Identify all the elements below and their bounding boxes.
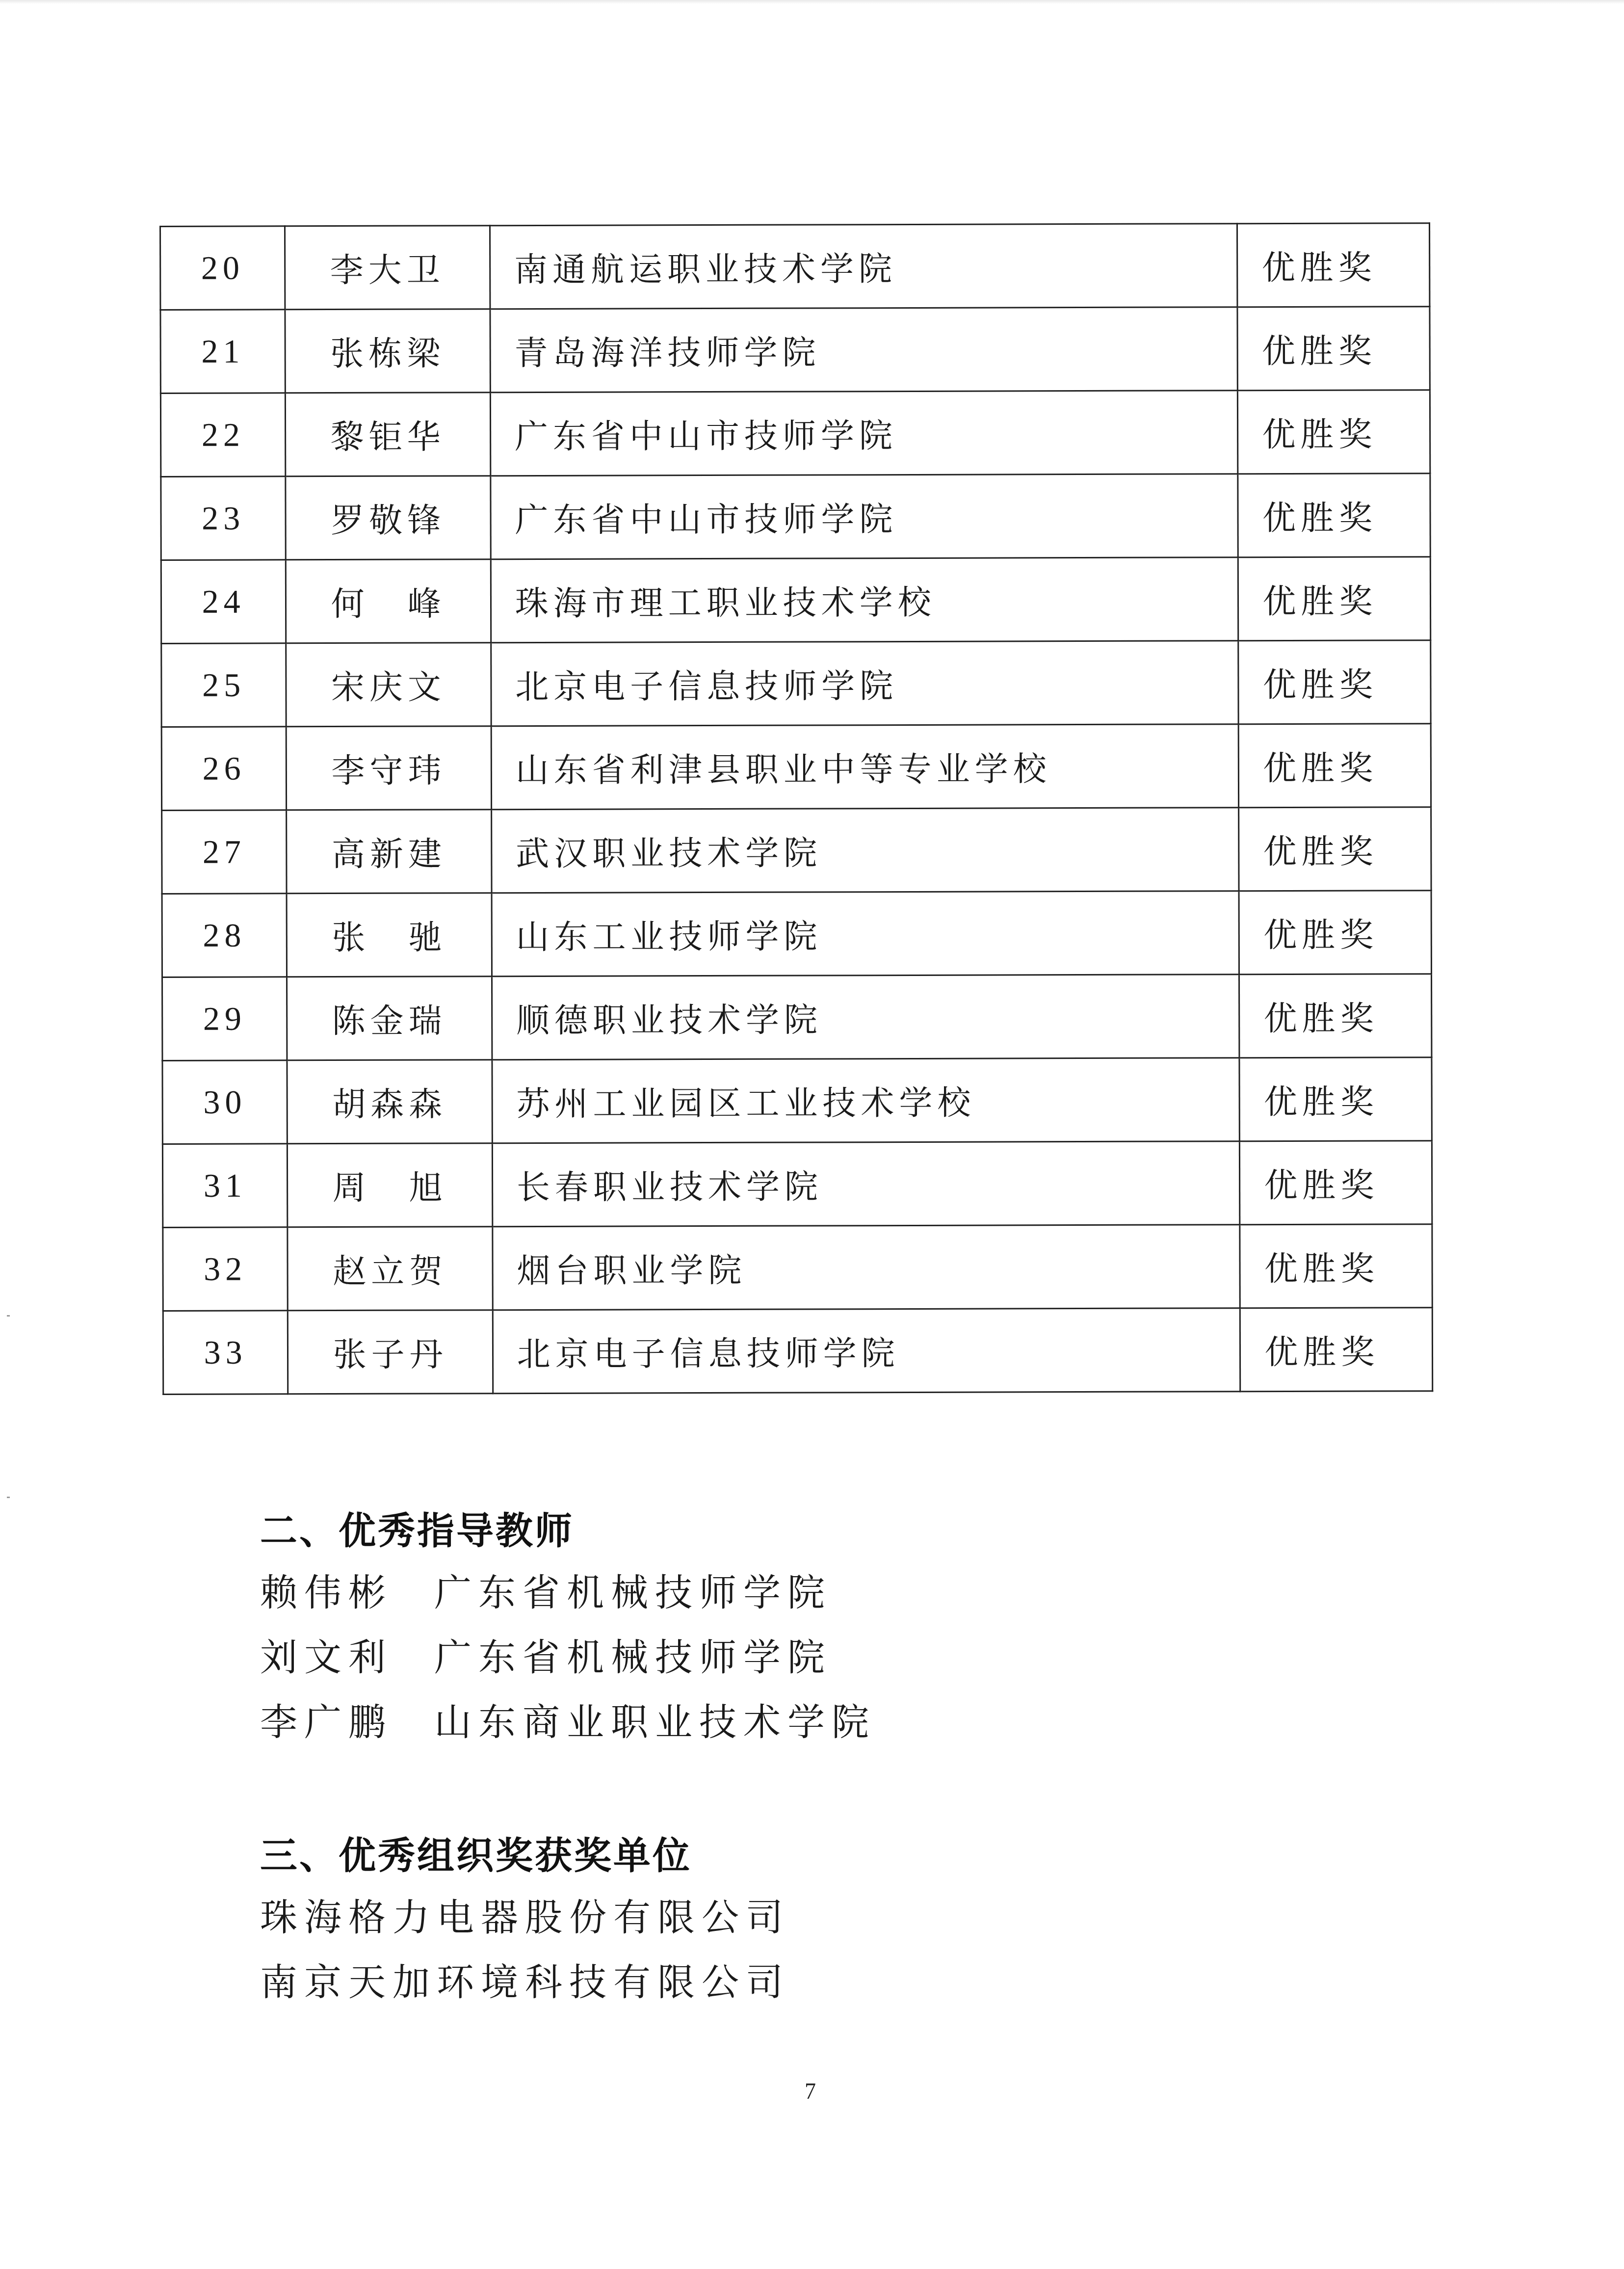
school-cell: 长春职业技术学院	[492, 1141, 1240, 1227]
table-row: 26李守玮山东省利津县职业中等专业学校优胜奖	[161, 724, 1431, 811]
school-cell: 北京电子信息技师学院	[491, 641, 1238, 726]
row-number-cell: 24	[161, 560, 286, 644]
row-number-cell: 28	[162, 894, 287, 977]
organization-entry: 南京天加环境科技有限公司	[260, 1950, 790, 2015]
award-cell: 优胜奖	[1238, 474, 1430, 557]
table-row: 28张 驰山东工业技师学院优胜奖	[162, 891, 1431, 977]
school-cell: 山东省利津县职业中等专业学校	[491, 724, 1239, 810]
page-number: 7	[805, 2078, 816, 2104]
award-cell: 优胜奖	[1239, 807, 1431, 891]
school-cell: 武汉职业技术学院	[491, 808, 1239, 893]
name-cell: 李大卫	[285, 226, 490, 310]
name-cell: 宋庆文	[286, 643, 491, 727]
name-cell: 周 旭	[288, 1143, 493, 1227]
award-cell: 优胜奖	[1238, 390, 1430, 474]
row-number-cell: 31	[162, 1144, 288, 1228]
table-row: 29陈金瑞顺德职业技术学院优胜奖	[162, 974, 1432, 1061]
award-cell: 优胜奖	[1237, 307, 1430, 391]
award-cell: 优胜奖	[1238, 640, 1431, 724]
award-cell: 优胜奖	[1239, 974, 1432, 1058]
teacher-school: 广东省机械技师学院	[434, 1636, 832, 1679]
name-cell: 赵立贺	[288, 1227, 493, 1311]
award-cell: 优胜奖	[1238, 557, 1431, 641]
school-cell: 青岛海洋技师学院	[490, 307, 1238, 393]
row-number-cell: 22	[160, 393, 286, 477]
section-organization-award: 三、优秀组织奖获奖单位 珠海格力电器股份有限公司 南京天加环境科技有限公司	[260, 1826, 790, 2015]
school-cell: 北京电子信息技师学院	[493, 1308, 1240, 1394]
table-row: 32赵立贺烟台职业学院优胜奖	[163, 1224, 1432, 1311]
award-cell: 优胜奖	[1239, 891, 1431, 975]
awards-table: 20李大卫南通航运职业技术学院优胜奖21张栋梁青岛海洋技师学院优胜奖22黎钜华广…	[159, 222, 1433, 1395]
school-cell: 烟台职业学院	[493, 1225, 1240, 1310]
award-cell: 优胜奖	[1240, 1141, 1432, 1225]
teacher-name: 李广鹏	[260, 1690, 434, 1755]
school-cell: 顺德职业技术学院	[492, 975, 1239, 1060]
row-number-cell: 33	[163, 1311, 288, 1395]
name-cell: 黎钜华	[286, 393, 491, 476]
teacher-entry: 刘文利广东省机械技师学院	[260, 1625, 876, 1690]
table-row: 24何 峰珠海市理工职业技术学校优胜奖	[161, 557, 1430, 644]
award-cell: 优胜奖	[1240, 1224, 1432, 1308]
table-row: 30胡森森苏州工业园区工业技术学校优胜奖	[162, 1057, 1432, 1144]
row-number-cell: 32	[163, 1227, 288, 1311]
row-number-cell: 21	[160, 310, 286, 394]
school-cell: 广东省中山市技师学院	[491, 474, 1238, 559]
row-number-cell: 20	[160, 226, 286, 310]
table-row: 23罗敬锋广东省中山市技师学院优胜奖	[161, 474, 1430, 560]
award-cell: 优胜奖	[1239, 1057, 1432, 1141]
section-title: 三、优秀组织奖获奖单位	[260, 1826, 790, 1885]
name-cell: 陈金瑞	[287, 976, 492, 1060]
row-number-cell: 25	[161, 643, 287, 727]
table-row: 20李大卫南通航运职业技术学院优胜奖	[160, 223, 1430, 310]
row-number-cell: 26	[161, 727, 287, 811]
row-number-cell: 29	[162, 977, 288, 1061]
section-outstanding-teachers: 二、优秀指导教师 赖伟彬广东省机械技师学院 刘文利广东省机械技师学院 李广鹏山东…	[260, 1502, 876, 1755]
school-cell: 广东省中山市技师学院	[490, 391, 1238, 476]
teacher-school: 广东省机械技师学院	[434, 1571, 832, 1614]
scan-mark	[7, 1497, 10, 1498]
teacher-entry: 李广鹏山东商业职业技术学院	[260, 1690, 876, 1755]
organization-entry: 珠海格力电器股份有限公司	[260, 1885, 790, 1950]
teacher-entry: 赖伟彬广东省机械技师学院	[260, 1560, 876, 1625]
row-number-cell: 23	[161, 476, 286, 560]
table-row: 21张栋梁青岛海洋技师学院优胜奖	[160, 307, 1430, 394]
name-cell: 胡森森	[287, 1060, 492, 1144]
teacher-name: 赖伟彬	[260, 1560, 434, 1625]
name-cell: 何 峰	[286, 559, 491, 643]
award-cell: 优胜奖	[1240, 1308, 1433, 1392]
name-cell: 李守玮	[287, 726, 492, 810]
name-cell: 张栋梁	[285, 309, 490, 393]
award-cell: 优胜奖	[1237, 223, 1430, 307]
scan-top-edge	[0, 0, 1624, 4]
table-row: 27高新建武汉职业技术学院优胜奖	[162, 807, 1431, 894]
school-cell: 珠海市理工职业技术学校	[491, 557, 1238, 643]
name-cell: 张 驰	[287, 893, 492, 977]
table-row: 25宋庆文北京电子信息技师学院优胜奖	[161, 640, 1431, 727]
table-row: 22黎钜华广东省中山市技师学院优胜奖	[160, 390, 1430, 477]
award-cell: 优胜奖	[1239, 724, 1431, 808]
row-number-cell: 27	[162, 810, 287, 894]
school-cell: 山东工业技师学院	[492, 891, 1239, 976]
teacher-name: 刘文利	[260, 1625, 434, 1690]
name-cell: 张子丹	[288, 1310, 493, 1394]
awards-table-body: 20李大卫南通航运职业技术学院优胜奖21张栋梁青岛海洋技师学院优胜奖22黎钜华广…	[160, 223, 1433, 1395]
row-number-cell: 30	[162, 1060, 288, 1144]
scan-mark	[7, 1315, 10, 1317]
school-cell: 南通航运职业技术学院	[490, 224, 1237, 309]
section-title: 二、优秀指导教师	[260, 1502, 876, 1560]
name-cell: 高新建	[287, 810, 492, 894]
name-cell: 罗敬锋	[286, 476, 491, 560]
teacher-school: 山东商业职业技术学院	[434, 1700, 876, 1744]
school-cell: 苏州工业园区工业技术学校	[492, 1058, 1240, 1143]
table-row: 33张子丹北京电子信息技师学院优胜奖	[163, 1308, 1432, 1395]
table-row: 31周 旭长春职业技术学院优胜奖	[162, 1141, 1432, 1228]
